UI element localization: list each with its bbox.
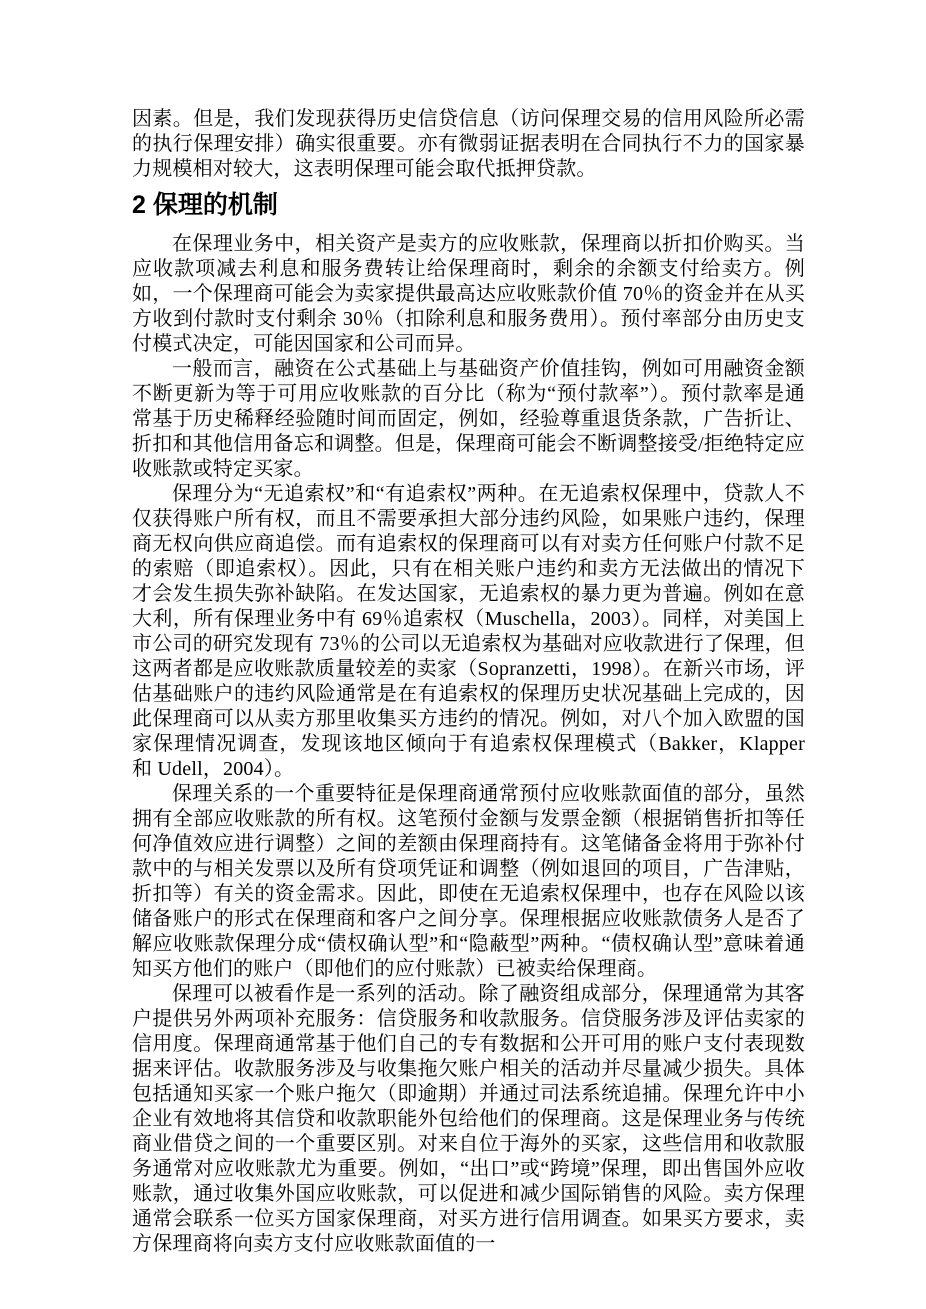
body-paragraph: 保理分为“无追索权”和“有追索权”两种。在无追索权保理中，贷款人不仅获得账户所有… — [132, 482, 805, 782]
body-paragraph: 保理关系的一个重要特征是保理商通常预付应收账款面值的部分，虽然拥有全部应收账款的… — [132, 782, 805, 982]
section-heading: 2 保理的机制 — [132, 190, 805, 220]
document-page: 因素。但是，我们发现获得历史信贷信息（访问保理交易的信用风险所必需的执行保理安排… — [0, 0, 926, 1309]
body-paragraph: 一般而言，融资在公式基础上与基础资产价值挂钩，例如可用融资金额不断更新为等于可用… — [132, 357, 805, 482]
paragraph-continuation: 因素。但是，我们发现获得历史信贷信息（访问保理交易的信用风险所必需的执行保理安排… — [132, 107, 805, 182]
page-content: 因素。但是，我们发现获得历史信贷信息（访问保理交易的信用风险所必需的执行保理安排… — [132, 107, 805, 1257]
body-paragraph: 在保理业务中，相关资产是卖方的应收账款，保理商以折扣价购买。当应收款项减去利息和… — [132, 232, 805, 357]
body-paragraph: 保理可以被看作是一系列的活动。除了融资组成部分，保理通常为其客户提供另外两项补充… — [132, 982, 805, 1257]
